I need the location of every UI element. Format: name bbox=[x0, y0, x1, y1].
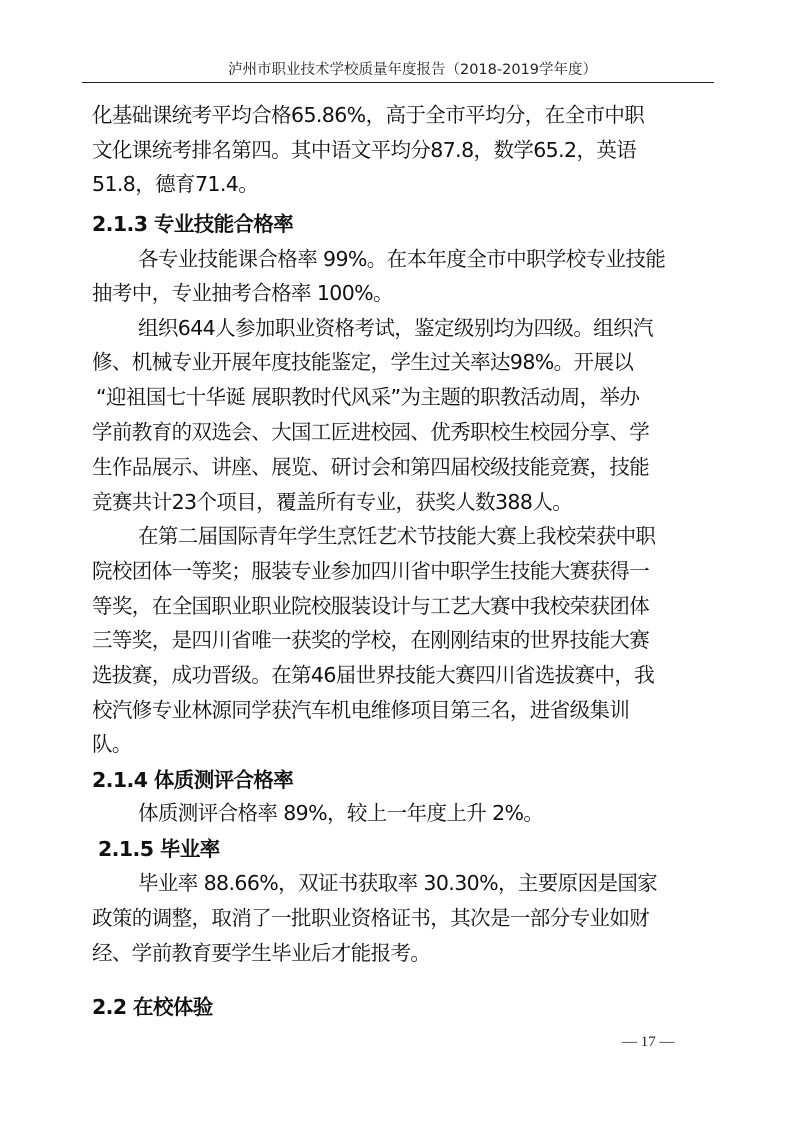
section-heading-2-1-5: 2.1.5 毕业率 bbox=[98, 837, 220, 861]
report-title: 泸州市职业技术学校质量年度报告（2018-2019学年度） bbox=[228, 58, 597, 79]
paragraph-line: 校汽修专业林源同学获汽车机电维修项目第三名，进省级集训 bbox=[92, 698, 629, 722]
paragraph-line: 修、机械专业开展年度技能鉴定，学生过关率达98%。开展以 bbox=[92, 350, 633, 374]
paragraph-line: 在第二届国际青年学生烹饪艺术节技能大赛上我校荣获中职 bbox=[138, 524, 655, 548]
paragraph-line: 文化课统考排名第四。其中语文平均分87.8，数学65.2，英语 bbox=[92, 138, 636, 162]
paragraph-line: 学前教育的双选会、大国工匠进校园、优秀职校生校园分享、学 bbox=[92, 420, 649, 444]
paragraph-line: 三等奖，是四川省唯一获奖的学校，在刚刚结束的世界技能大赛 bbox=[92, 628, 649, 652]
paragraph-line: “迎祖国七十华诞 展职教时代风采”为主题的职教活动周，举办 bbox=[96, 385, 639, 409]
paragraph-line: 51.8，德育71.4。 bbox=[92, 172, 258, 196]
paragraph-line: 组织644人参加职业资格考试，鉴定级别均为四级。组织汽 bbox=[138, 316, 653, 340]
paragraph-line: 等奖，在全国职业职业院校服装设计与工艺大赛中我校荣获团体 bbox=[92, 594, 649, 618]
paragraph-line: 政策的调整，取消了一批职业资格证书，其次是一部分专业如财 bbox=[92, 906, 649, 930]
header-divider bbox=[82, 82, 714, 83]
paragraph-line: 化基础课统考平均合格65.86%，高于全市平均分，在全市中职 bbox=[92, 103, 644, 127]
section-heading-2-2: 2.2 在校体验 bbox=[92, 995, 213, 1019]
paragraph-line: 竞赛共计23个项目，覆盖所有专业，获奖人数388人。 bbox=[92, 490, 572, 514]
paragraph-line: 经、学前教育要学生毕业后才能报考。 bbox=[92, 941, 430, 965]
paragraph-line: 选拔赛，成功晋级。在第46届世界技能大赛四川省选拔赛中，我 bbox=[92, 663, 654, 687]
paragraph-line: 体质测评合格率 89%，较上一年度上升 2%。 bbox=[138, 801, 543, 825]
paragraph-line: 各专业技能课合格率 99%。在本年度全市中职学校专业技能 bbox=[138, 247, 665, 271]
paragraph-line: 院校团体一等奖；服装专业参加四川省中职学生技能大赛获得一 bbox=[92, 559, 649, 583]
paragraph-line: 抽考中，专业抽考合格率 100%。 bbox=[92, 281, 393, 305]
paragraph-line: 队。 bbox=[92, 732, 132, 756]
paragraph-line: 生作品展示、讲座、展览、研讨会和第四届校级技能竞赛，技能 bbox=[92, 455, 649, 479]
section-heading-2-1-3: 2.1.3 专业技能合格率 bbox=[92, 212, 293, 236]
paragraph-line: 毕业率 88.66%，双证书获取率 30.30%，主要原因是国家 bbox=[138, 871, 657, 895]
section-heading-2-1-4: 2.1.4 体质测评合格率 bbox=[92, 768, 293, 792]
page-number: — 17 — bbox=[622, 1034, 675, 1051]
